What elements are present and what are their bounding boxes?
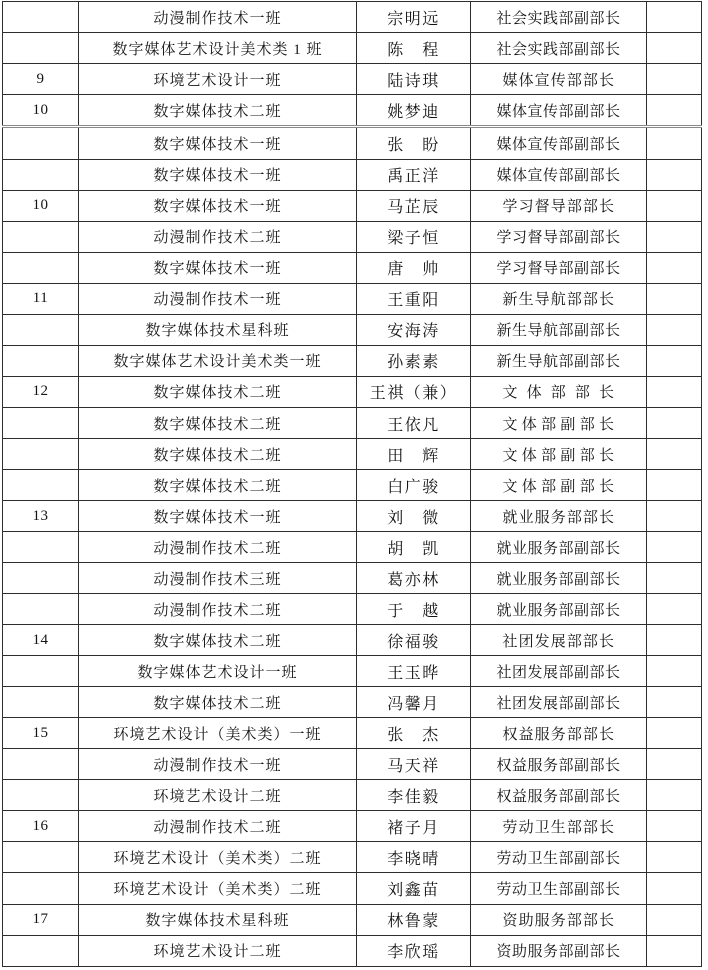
blank-cell (647, 718, 702, 749)
class-name-cell: 数字媒体技术星科班 (79, 314, 357, 345)
blank-cell (647, 563, 702, 594)
row-number-cell (3, 532, 79, 563)
position-cell: 媒体宣传部副部长 (471, 159, 647, 190)
student-name-cell: 王玉晔 (357, 656, 471, 687)
table-row: 14 数字媒体技术二班 徐福骏 社团发展部部长 (3, 625, 702, 656)
blank-cell (647, 252, 702, 283)
table-row: 环境艺术设计（美术类）二班 李晓晴 劳动卫生部副部长 (3, 842, 702, 873)
class-name-cell: 数字媒体艺术设计美术类一班 (79, 345, 357, 376)
class-name-cell: 数字媒体技术二班 (79, 439, 357, 470)
row-number-cell (3, 221, 79, 252)
blank-cell (647, 935, 702, 966)
blank-cell (647, 95, 702, 127)
student-name-cell: 林鲁蒙 (357, 904, 471, 935)
student-name-cell: 刘鑫苗 (357, 873, 471, 904)
position-text: 媒体宣传部副部长 (496, 164, 620, 185)
blank-cell (647, 283, 702, 314)
position-cell: 媒体宣传部部长 (471, 64, 647, 95)
position-cell: 社团发展部副部长 (471, 656, 647, 687)
position-text: 权益服务部副部长 (496, 754, 620, 775)
position-text: 就业服务部副部长 (496, 568, 620, 589)
student-name-cell: 张 盼 (357, 127, 471, 159)
class-name-cell: 动漫制作技术一班 (79, 2, 357, 33)
roster-table: 动漫制作技术一班 宗明远 社会实践部副部长 数字媒体艺术设计美术类 1 班 陈 … (2, 1, 702, 967)
student-name-cell: 刘 微 (357, 501, 471, 532)
blank-cell (647, 127, 702, 159)
class-name-cell: 动漫制作技术二班 (79, 594, 357, 625)
position-cell: 资助服务部部长 (471, 904, 647, 935)
class-name-cell: 环境艺术设计（美术类）二班 (79, 873, 357, 904)
class-name-cell: 环境艺术设计一班 (79, 64, 357, 95)
class-name-cell: 数字媒体技术星科班 (79, 904, 357, 935)
row-number-cell: 17 (3, 904, 79, 935)
position-cell: 就业服务部副部长 (471, 594, 647, 625)
table-row: 环境艺术设计二班 李欣瑶 资助服务部副部长 (3, 935, 702, 966)
table-row: 数字媒体技术星科班 安海涛 新生导航部副部长 (3, 314, 702, 345)
student-name-cell: 王依凡 (357, 408, 471, 439)
student-name-cell: 禹正洋 (357, 159, 471, 190)
table-row: 数字媒体技术一班 唐 帅 学习督导部副部长 (3, 252, 702, 283)
position-text: 社会实践部副部长 (496, 38, 620, 59)
blank-cell (647, 811, 702, 842)
table-row: 数字媒体技术二班 王依凡 文体部副部长 (3, 408, 702, 439)
table-row: 9 环境艺术设计一班 陆诗琪 媒体宣传部部长 (3, 64, 702, 95)
table-row: 数字媒体技术二班 田 辉 文体部副部长 (3, 439, 702, 470)
table-row: 数字媒体技术二班 白广骏 文体部副部长 (3, 470, 702, 501)
student-name-cell: 徐福骏 (357, 625, 471, 656)
position-cell: 社会实践部副部长 (471, 33, 647, 64)
position-text: 劳动卫生部副部长 (496, 847, 620, 868)
position-text: 权益服务部副部长 (496, 785, 620, 806)
class-name-cell: 动漫制作技术二班 (79, 221, 357, 252)
student-name-cell: 褚子月 (357, 811, 471, 842)
position-cell: 劳动卫生部部长 (471, 811, 647, 842)
position-text: 社团发展部部长 (503, 630, 615, 651)
row-number-cell (3, 33, 79, 64)
row-number-cell (3, 408, 79, 439)
table-row: 环境艺术设计（美术类）二班 刘鑫苗 劳动卫生部副部长 (3, 873, 702, 904)
class-name-cell: 数字媒体技术二班 (79, 95, 357, 127)
position-text: 文体部副部长 (503, 475, 615, 496)
position-cell: 文体部副部长 (471, 470, 647, 501)
row-number-cell (3, 470, 79, 501)
position-text: 就业服务部部长 (503, 506, 615, 527)
position-cell: 劳动卫生部副部长 (471, 873, 647, 904)
class-name-cell: 数字媒体艺术设计美术类 1 班 (79, 33, 357, 64)
position-text: 学习督导部部长 (503, 195, 615, 216)
student-name-cell: 陈 程 (357, 33, 471, 64)
table-row: 动漫制作技术一班 马天祥 权益服务部副部长 (3, 749, 702, 780)
student-name-cell: 张 杰 (357, 718, 471, 749)
student-name-cell: 孙素素 (357, 345, 471, 376)
table-row: 动漫制作技术三班 葛亦林 就业服务部副部长 (3, 563, 702, 594)
position-text: 新生导航部副部长 (496, 350, 620, 371)
position-text: 学习督导部副部长 (496, 226, 620, 247)
student-name-cell: 李欣瑶 (357, 935, 471, 966)
position-text: 劳动卫生部副部长 (496, 878, 620, 899)
position-text: 社会实践部副部长 (496, 7, 620, 28)
row-number-cell: 11 (3, 283, 79, 314)
row-number-cell (3, 780, 79, 811)
blank-cell (647, 159, 702, 190)
position-cell: 劳动卫生部副部长 (471, 842, 647, 873)
class-name-cell: 数字媒体技术二班 (79, 625, 357, 656)
student-name-cell: 李晓晴 (357, 842, 471, 873)
table-row: 动漫制作技术二班 梁子恒 学习督导部副部长 (3, 221, 702, 252)
position-text: 文体部副部长 (503, 444, 615, 465)
class-name-cell: 动漫制作技术一班 (79, 283, 357, 314)
class-name-cell: 数字媒体技术一班 (79, 190, 357, 221)
table-row: 动漫制作技术二班 胡 凯 就业服务部副部长 (3, 532, 702, 563)
position-cell: 学习督导部部长 (471, 190, 647, 221)
row-number-cell (3, 687, 79, 718)
student-name-cell: 田 辉 (357, 439, 471, 470)
position-text: 权益服务部部长 (503, 723, 615, 744)
blank-cell (647, 625, 702, 656)
position-cell: 新生导航部副部长 (471, 314, 647, 345)
table-row: 数字媒体技术二班 冯馨月 社团发展部副部长 (3, 687, 702, 718)
position-cell: 社团发展部副部长 (471, 687, 647, 718)
position-text: 学习督导部副部长 (496, 257, 620, 278)
table-row: 动漫制作技术二班 于 越 就业服务部副部长 (3, 594, 702, 625)
blank-cell (647, 656, 702, 687)
class-name-cell: 环境艺术设计二班 (79, 935, 357, 966)
class-name-cell: 动漫制作技术二班 (79, 811, 357, 842)
table-row: 17 数字媒体技术星科班 林鲁蒙 资助服务部部长 (3, 904, 702, 935)
position-text: 就业服务部副部长 (496, 599, 620, 620)
blank-cell (647, 687, 702, 718)
position-cell: 社会实践部副部长 (471, 2, 647, 33)
table-row: 11 动漫制作技术一班 王重阳 新生导航部部长 (3, 283, 702, 314)
position-cell: 文体部副部长 (471, 408, 647, 439)
student-name-cell: 梁子恒 (357, 221, 471, 252)
blank-cell (647, 190, 702, 221)
table-row: 13 数字媒体技术一班 刘 微 就业服务部部长 (3, 501, 702, 532)
table-row: 数字媒体艺术设计美术类一班 孙素素 新生导航部副部长 (3, 345, 702, 376)
position-text: 社团发展部副部长 (496, 661, 620, 682)
class-name-cell: 动漫制作技术一班 (79, 749, 357, 780)
row-number-cell (3, 127, 79, 159)
row-number-cell: 14 (3, 625, 79, 656)
position-text: 新生导航部部长 (503, 288, 615, 309)
row-number-cell (3, 439, 79, 470)
position-cell: 学习督导部副部长 (471, 221, 647, 252)
table-row: 10 数字媒体技术一班 马芷辰 学习督导部部长 (3, 190, 702, 221)
table-row: 12 数字媒体技术二班 王祺（兼） 文体部部长 (3, 376, 702, 407)
blank-cell (647, 873, 702, 904)
blank-cell (647, 501, 702, 532)
row-number-cell (3, 935, 79, 966)
blank-cell (647, 749, 702, 780)
student-name-cell: 宗明远 (357, 2, 471, 33)
position-cell: 新生导航部副部长 (471, 345, 647, 376)
position-cell: 就业服务部部长 (471, 501, 647, 532)
position-cell: 权益服务部副部长 (471, 780, 647, 811)
position-text: 社团发展部副部长 (496, 692, 620, 713)
class-name-cell: 环境艺术设计二班 (79, 780, 357, 811)
student-name-cell: 马芷辰 (357, 190, 471, 221)
student-name-cell: 马天祥 (357, 749, 471, 780)
row-number-cell: 10 (3, 95, 79, 127)
blank-cell (647, 345, 702, 376)
position-text: 新生导航部副部长 (496, 319, 620, 340)
position-cell: 权益服务部部长 (471, 718, 647, 749)
class-name-cell: 数字媒体技术二班 (79, 470, 357, 501)
table-row: 数字媒体艺术设计一班 王玉晔 社团发展部副部长 (3, 656, 702, 687)
student-name-cell: 白广骏 (357, 470, 471, 501)
blank-cell (647, 532, 702, 563)
table-body: 动漫制作技术一班 宗明远 社会实践部副部长 数字媒体艺术设计美术类 1 班 陈 … (3, 2, 702, 967)
row-number-cell (3, 594, 79, 625)
row-number-cell: 9 (3, 64, 79, 95)
class-name-cell: 数字媒体技术二班 (79, 376, 357, 407)
position-text: 媒体宣传部副部长 (496, 133, 620, 154)
class-name-cell: 环境艺术设计（美术类）二班 (79, 842, 357, 873)
blank-cell (647, 594, 702, 625)
blank-cell (647, 842, 702, 873)
position-cell: 就业服务部副部长 (471, 563, 647, 594)
position-cell: 学习督导部副部长 (471, 252, 647, 283)
student-name-cell: 李佳毅 (357, 780, 471, 811)
position-cell: 权益服务部副部长 (471, 749, 647, 780)
position-text: 文体部部长 (503, 381, 615, 402)
position-cell: 媒体宣传部副部长 (471, 127, 647, 159)
position-text: 资助服务部部长 (503, 909, 615, 930)
row-number-cell (3, 2, 79, 33)
class-name-cell: 数字媒体艺术设计一班 (79, 656, 357, 687)
position-text: 资助服务部副部长 (496, 940, 620, 961)
position-text: 就业服务部副部长 (496, 537, 620, 558)
student-name-cell: 冯馨月 (357, 687, 471, 718)
position-cell: 文体部部长 (471, 376, 647, 407)
class-name-cell: 动漫制作技术二班 (79, 532, 357, 563)
table-row: 动漫制作技术一班 宗明远 社会实践部副部长 (3, 2, 702, 33)
position-cell: 就业服务部副部长 (471, 532, 647, 563)
row-number-cell (3, 842, 79, 873)
student-name-cell: 于 越 (357, 594, 471, 625)
blank-cell (647, 221, 702, 252)
table-row: 16 动漫制作技术二班 褚子月 劳动卫生部部长 (3, 811, 702, 842)
row-number-cell: 16 (3, 811, 79, 842)
position-cell: 新生导航部部长 (471, 283, 647, 314)
position-cell: 社团发展部部长 (471, 625, 647, 656)
position-text: 媒体宣传部副部长 (496, 100, 620, 121)
blank-cell (647, 470, 702, 501)
class-name-cell: 数字媒体技术一班 (79, 501, 357, 532)
position-text: 媒体宣传部部长 (503, 69, 615, 90)
blank-cell (647, 2, 702, 33)
blank-cell (647, 408, 702, 439)
student-name-cell: 唐 帅 (357, 252, 471, 283)
table-row: 数字媒体技术一班 禹正洋 媒体宣传部副部长 (3, 159, 702, 190)
blank-cell (647, 376, 702, 407)
class-name-cell: 环境艺术设计（美术类）一班 (79, 718, 357, 749)
row-number-cell (3, 656, 79, 687)
table-row: 10 数字媒体技术二班 姚梦迪 媒体宣传部副部长 (3, 95, 702, 127)
class-name-cell: 数字媒体技术一班 (79, 252, 357, 283)
student-name-cell: 王祺（兼） (357, 376, 471, 407)
table-row: 数字媒体技术一班 张 盼 媒体宣传部副部长 (3, 127, 702, 159)
row-number-cell (3, 159, 79, 190)
position-text: 劳动卫生部部长 (503, 816, 615, 837)
blank-cell (647, 314, 702, 345)
row-number-cell (3, 314, 79, 345)
table-row: 环境艺术设计二班 李佳毅 权益服务部副部长 (3, 780, 702, 811)
class-name-cell: 数字媒体技术二班 (79, 408, 357, 439)
position-cell: 媒体宣传部副部长 (471, 95, 647, 127)
table-row: 数字媒体艺术设计美术类 1 班 陈 程 社会实践部副部长 (3, 33, 702, 64)
position-cell: 文体部副部长 (471, 439, 647, 470)
row-number-cell (3, 563, 79, 594)
student-name-cell: 安海涛 (357, 314, 471, 345)
blank-cell (647, 904, 702, 935)
class-name-cell: 动漫制作技术三班 (79, 563, 357, 594)
blank-cell (647, 780, 702, 811)
class-name-cell: 数字媒体技术一班 (79, 127, 357, 159)
row-number-cell: 10 (3, 190, 79, 221)
row-number-cell: 15 (3, 718, 79, 749)
position-cell: 资助服务部副部长 (471, 935, 647, 966)
row-number-cell (3, 345, 79, 376)
document-page: 动漫制作技术一班 宗明远 社会实践部副部长 数字媒体艺术设计美术类 1 班 陈 … (0, 0, 708, 970)
row-number-cell (3, 252, 79, 283)
row-number-cell: 12 (3, 376, 79, 407)
position-text: 文体部副部长 (503, 413, 615, 434)
student-name-cell: 王重阳 (357, 283, 471, 314)
blank-cell (647, 64, 702, 95)
class-name-cell: 数字媒体技术一班 (79, 159, 357, 190)
student-name-cell: 葛亦林 (357, 563, 471, 594)
row-number-cell: 13 (3, 501, 79, 532)
student-name-cell: 胡 凯 (357, 532, 471, 563)
student-name-cell: 姚梦迪 (357, 95, 471, 127)
table-row: 15 环境艺术设计（美术类）一班 张 杰 权益服务部部长 (3, 718, 702, 749)
blank-cell (647, 439, 702, 470)
class-name-cell: 数字媒体技术二班 (79, 687, 357, 718)
student-name-cell: 陆诗琪 (357, 64, 471, 95)
blank-cell (647, 33, 702, 64)
row-number-cell (3, 873, 79, 904)
row-number-cell (3, 749, 79, 780)
